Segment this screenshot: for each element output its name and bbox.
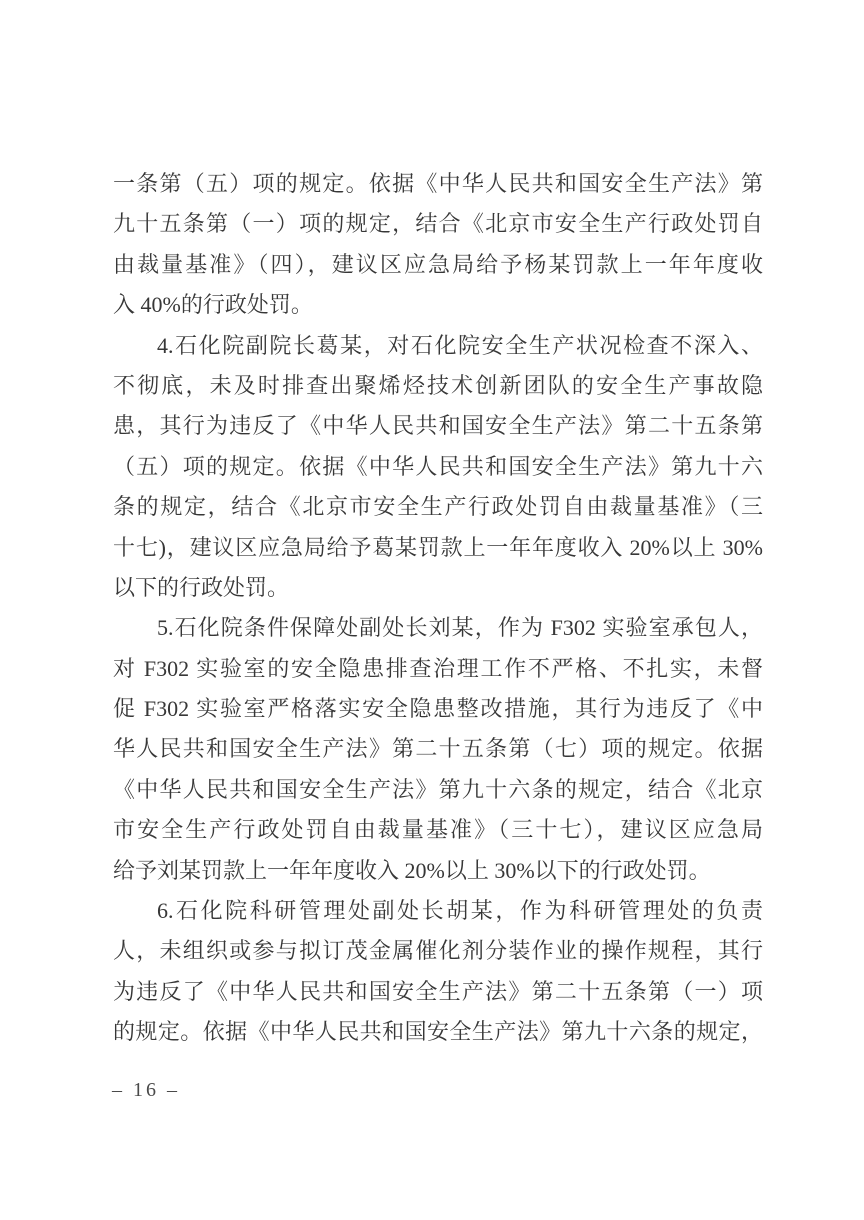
text-line: 促 F302 实验室严格落实安全隐患整改措施，其行为违反了《中 [113,689,763,729]
text-line: 以下的行政处罚。 [113,568,763,608]
text-line: 对 F302 实验室的安全隐患排查治理工作不严格、不扎实，未督 [113,649,763,689]
text-line: 十七)，建议区应急局给予葛某罚款上一年年度收入 20%以上 30% [113,528,763,568]
text-line: 不彻底，未及时排查出聚烯烃技术创新团队的安全生产事故隐 [113,366,763,406]
text-line: 九十五条第（一）项的规定，结合《北京市安全生产行政处罚自 [113,204,763,244]
text-line: 由裁量基准》（四），建议区应急局给予杨某罚款上一年年度收 [113,245,763,285]
text-line: 6.石化院科研管理处副处长胡某，作为科研管理处的负责 [113,891,763,931]
text-line: 市安全生产行政处罚自由裁量基准》（三十七），建议区应急局 [113,810,763,850]
document-body: 一条第（五）项的规定。依据《中华人民共和国安全生产法》第 九十五条第（一）项的规… [113,164,763,1053]
text-line: 患，其行为违反了《中华人民共和国安全生产法》第二十五条第 [113,406,763,446]
text-line: 一条第（五）项的规定。依据《中华人民共和国安全生产法》第 [113,164,763,204]
text-line: 为违反了《中华人民共和国安全生产法》第二十五条第（一）项 [113,972,763,1012]
text-line: 《中华人民共和国安全生产法》第九十六条的规定，结合《北京 [113,770,763,810]
text-line: 条的规定，结合《北京市安全生产行政处罚自由裁量基准》（三 [113,487,763,527]
page-number: – 16 – [112,1076,180,1104]
text-line: （五）项的规定。依据《中华人民共和国安全生产法》第九十六 [113,447,763,487]
text-line: 5.石化院条件保障处副处长刘某，作为 F302 实验室承包人， [113,608,763,648]
text-line: 人，未组织或参与拟订茂金属催化剂分装作业的操作规程，其行 [113,931,763,971]
text-line: 入 40%的行政处罚。 [113,285,763,325]
text-line: 给予刘某罚款上一年年度收入 20%以上 30%以下的行政处罚。 [113,851,763,891]
text-line: 的规定。依据《中华人民共和国安全生产法》第九十六条的规定， [113,1012,763,1052]
text-line: 华人民共和国安全生产法》第二十五条第（七）项的规定。依据 [113,729,763,769]
document-page: 一条第（五）项的规定。依据《中华人民共和国安全生产法》第 九十五条第（一）项的规… [0,0,864,1220]
text-line: 4.石化院副院长葛某，对石化院安全生产状况检查不深入、 [113,326,763,366]
